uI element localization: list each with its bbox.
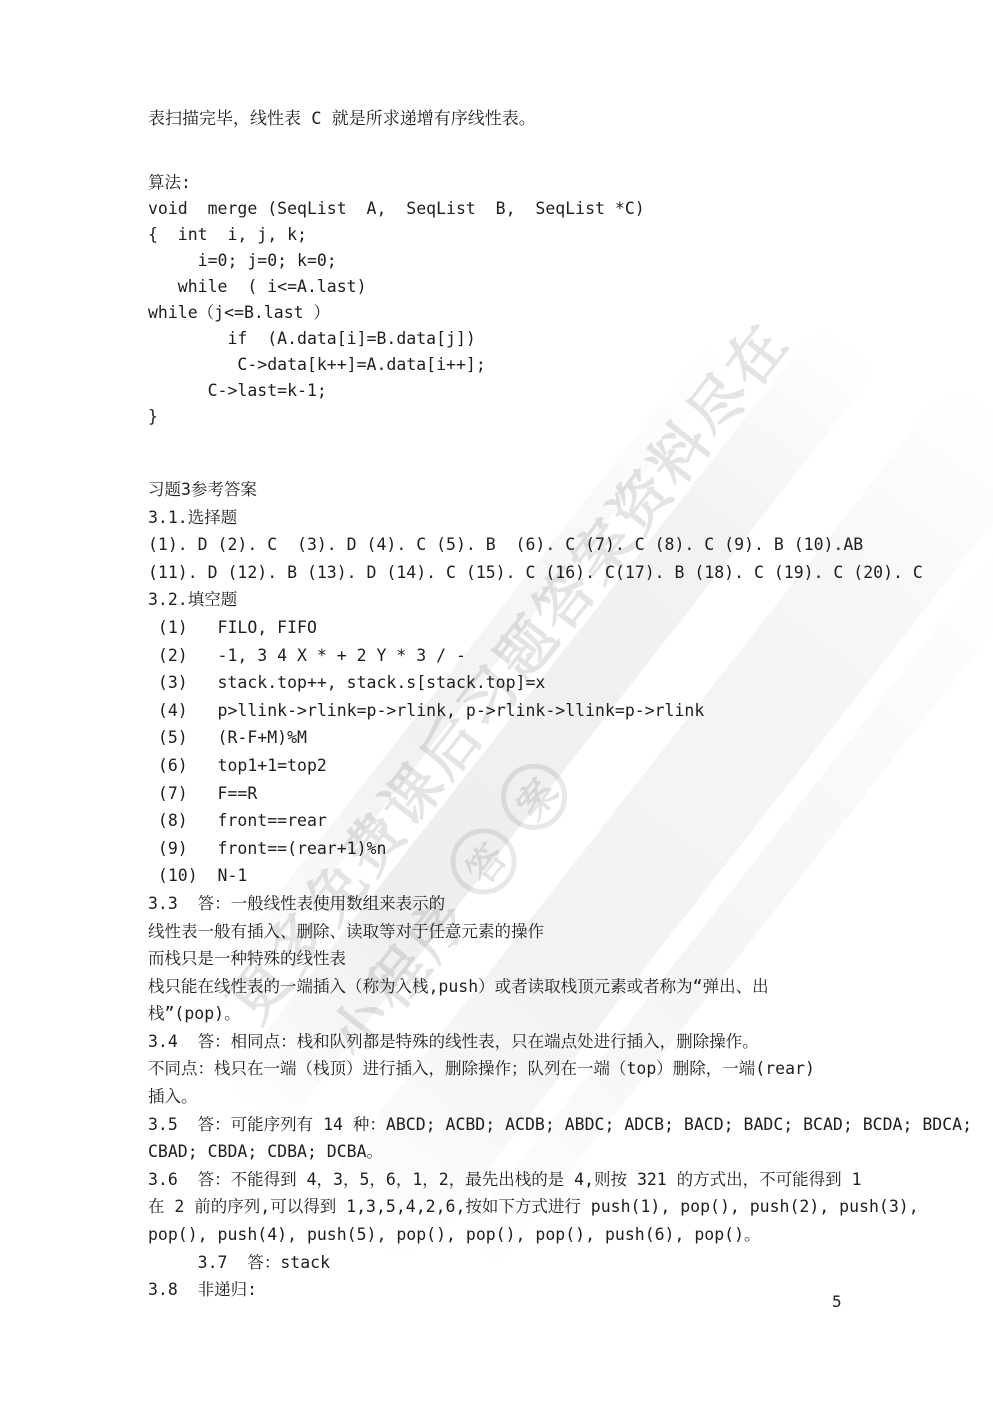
answer-3-6: pop(), push(4), push(5), pop(), pop(), p… [148,1221,878,1249]
intro-line: 表扫描完毕，线性表 C 就是所求递增有序线性表。 [148,106,878,132]
answer-3-4: 不同点：栈只在一端（栈顶）进行插入，删除操作；队列在一端（top）删除，一端(r… [148,1055,878,1083]
answers-title: 习题3参考答案 [148,476,878,504]
answer-3-7: 3.7 答：stack [148,1249,878,1277]
answer-3-4: 插入。 [148,1083,878,1111]
section-3-1-heading: 3.1.选择题 [148,504,878,532]
code-line: C->data[k++]=A.data[i++]; [148,352,878,378]
answer-3-3: 栈只能在线性表的一端插入（称为入栈,push）或者读取栈顶元素或者称为“弹出、出 [148,973,878,1001]
answer-3-6: 3.6 答：不能得到 4，3，5，6，1，2，最先出栈的是 4,则按 321 的… [148,1166,878,1194]
blank-answer-9: (9) front==(rear+1)%n [148,835,878,863]
document-page: 更多免费课后习题答案资料尽在 小程序 答 案 表扫描完毕，线性表 C 就是所求递… [0,0,993,1404]
answer-3-6: 在 2 前的序列,可以得到 1,3,5,4,2,6,按如下方式进行 push(1… [148,1193,878,1221]
choice-answers-line-1: (1). D (2). C (3). D (4). C (5). B (6). … [148,531,878,559]
blank-answer-1: (1) FILO, FIFO [148,614,878,642]
answer-3-5: CBAD; CBDA; CDBA; DCBA。 [148,1138,878,1166]
page-number: 5 [832,1292,842,1311]
answer-3-5: 3.5 答：可能序列有 14 种：ABCD; ACBD; ACDB; ABDC;… [148,1111,878,1139]
answer-3-3: 而栈只是一种特殊的线性表 [148,945,878,973]
answer-3-4: 3.4 答：相同点：栈和队列都是特殊的线性表，只在端点处进行插入，删除操作。 [148,1028,878,1056]
page-content: 表扫描完毕，线性表 C 就是所求递增有序线性表。 算法:void merge (… [148,106,878,1304]
blank-answer-3: (3) stack.top++, stack.s[stack.top]=x [148,669,878,697]
code-line: } [148,404,878,430]
answer-3-3: 栈”(pop)。 [148,1000,878,1028]
algorithm-heading: 算法: [148,170,878,196]
blank-answer-8: (8) front==rear [148,807,878,835]
answer-3-8: 3.8 非递归: [148,1276,878,1304]
algorithm-block: 算法:void merge (SeqList A, SeqList B, Seq… [148,170,878,430]
code-line: C->last=k-1; [148,378,878,404]
code-line: if (A.data[i]=B.data[j]) [148,326,878,352]
code-line: while ( i<=A.last) [148,274,878,300]
blank-answer-10: (10) N-1 [148,862,878,890]
answer-3-3: 3.3 答：一般线性表使用数组来表示的 [148,890,878,918]
blank-answer-6: (6) top1+1=top2 [148,752,878,780]
section-3-2-heading: 3.2.填空题 [148,586,878,614]
answers-block: 习题3参考答案3.1.选择题(1). D (2). C (3). D (4). … [148,476,878,1304]
code-line: void merge (SeqList A, SeqList B, SeqLis… [148,196,878,222]
code-line: { int i, j, k; [148,222,878,248]
code-line: i=0; j=0; k=0; [148,248,878,274]
blank-answer-7: (7) F==R [148,780,878,808]
blank-answer-5: (5) (R-F+M)%M [148,724,878,752]
answer-3-3: 线性表一般有插入、删除、读取等对于任意元素的操作 [148,918,878,946]
blank-answer-4: (4) p>llink->rlink=p->rlink, p->rlink->l… [148,697,878,725]
blank-answer-2: (2) -1, 3 4 X * + 2 Y * 3 / - [148,642,878,670]
choice-answers-line-2: (11). D (12). B (13). D (14). C (15). C … [148,559,878,587]
code-line: while（j<=B.last ） [148,300,878,326]
